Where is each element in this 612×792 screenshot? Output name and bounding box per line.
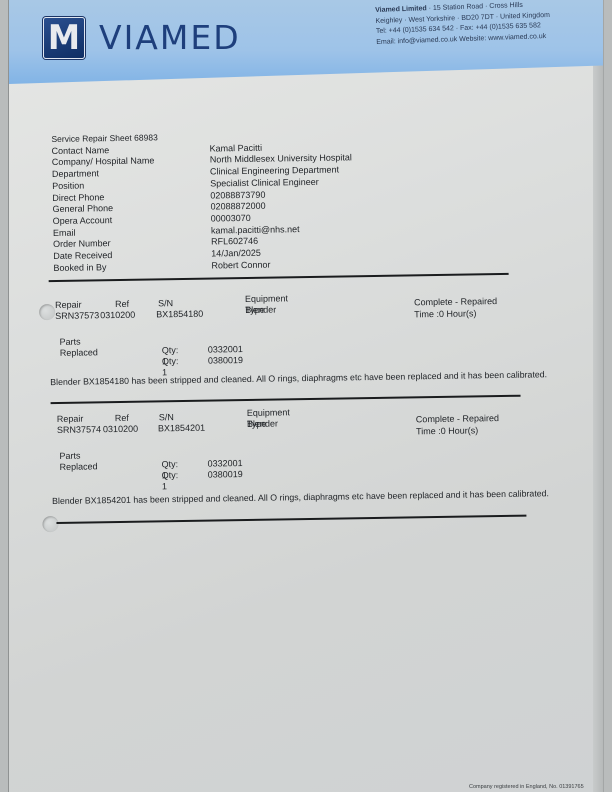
equipment-type: Blender [247, 419, 278, 430]
sn-label: S/N [158, 298, 173, 309]
repair-number: SRN37573 [55, 310, 99, 322]
repair-label: Repair [57, 414, 84, 425]
part-number: 0332001 [208, 344, 243, 356]
info-label: Booked in By [53, 260, 211, 274]
customer-info: Service Repair Sheet 68983 Contact NameK… [51, 129, 353, 274]
repair-note: Blender BX1854201 has been stripped and … [52, 488, 572, 507]
parts-replaced-label: Parts Replaced [59, 450, 97, 473]
info-value: RFL602746 [211, 236, 258, 248]
ref-value: 0310200 [103, 424, 138, 436]
punch-hole [42, 516, 58, 532]
divider [49, 273, 509, 282]
document-page: M VIAMED Viamed Limited · 15 Station Roa… [8, 0, 604, 792]
time-text: Time :0 Hour(s) [414, 307, 497, 320]
info-value: 02088873790 [210, 189, 265, 202]
divider [51, 395, 521, 404]
part-number: 0380019 [208, 469, 243, 481]
part-number: 0332001 [207, 458, 242, 470]
sn-value: BX1854201 [158, 423, 205, 435]
info-value: Kamal Pacitti [210, 142, 263, 155]
part-qty: Qty: 1 [162, 470, 179, 492]
repair-label: Repair [55, 300, 82, 311]
part-number: 0380019 [208, 355, 243, 367]
repair-status: Complete - Repaired Time :0 Hour(s) [416, 412, 499, 437]
ref-label: Ref [115, 413, 129, 424]
time-text: Time :0 Hour(s) [416, 424, 499, 437]
status-text: Complete - Repaired [414, 295, 497, 308]
parts-replaced-label: Parts Replaced [60, 336, 98, 359]
info-value: kamal.pacitti@nhs.net [211, 224, 300, 237]
info-value: Robert Connor [211, 259, 270, 272]
repair-sheet: Service Repair Sheet 68983 Contact NameK… [8, 0, 604, 792]
registration-footer: Company registered in England, No. 01391… [469, 784, 584, 790]
status-text: Complete - Repaired [416, 412, 499, 425]
punch-hole [39, 304, 55, 320]
info-value: 00003070 [211, 213, 251, 225]
info-value: 14/Jan/2025 [211, 248, 261, 260]
info-value: Clinical Engineering Department [210, 165, 339, 179]
sn-label: S/N [159, 412, 174, 423]
divider [56, 515, 526, 524]
equipment-type: Blender [245, 305, 276, 316]
sn-value: BX1854180 [156, 309, 203, 321]
repair-number: SRN37574 [57, 424, 101, 436]
repair-status: Complete - Repaired Time :0 Hour(s) [414, 295, 497, 320]
info-value: Specialist Clinical Engineer [210, 177, 319, 190]
info-value: 02088872000 [210, 201, 265, 214]
repair-note: Blender BX1854180 has been stripped and … [50, 369, 570, 388]
ref-value: 0310200 [100, 310, 135, 322]
ref-label: Ref [115, 299, 129, 310]
